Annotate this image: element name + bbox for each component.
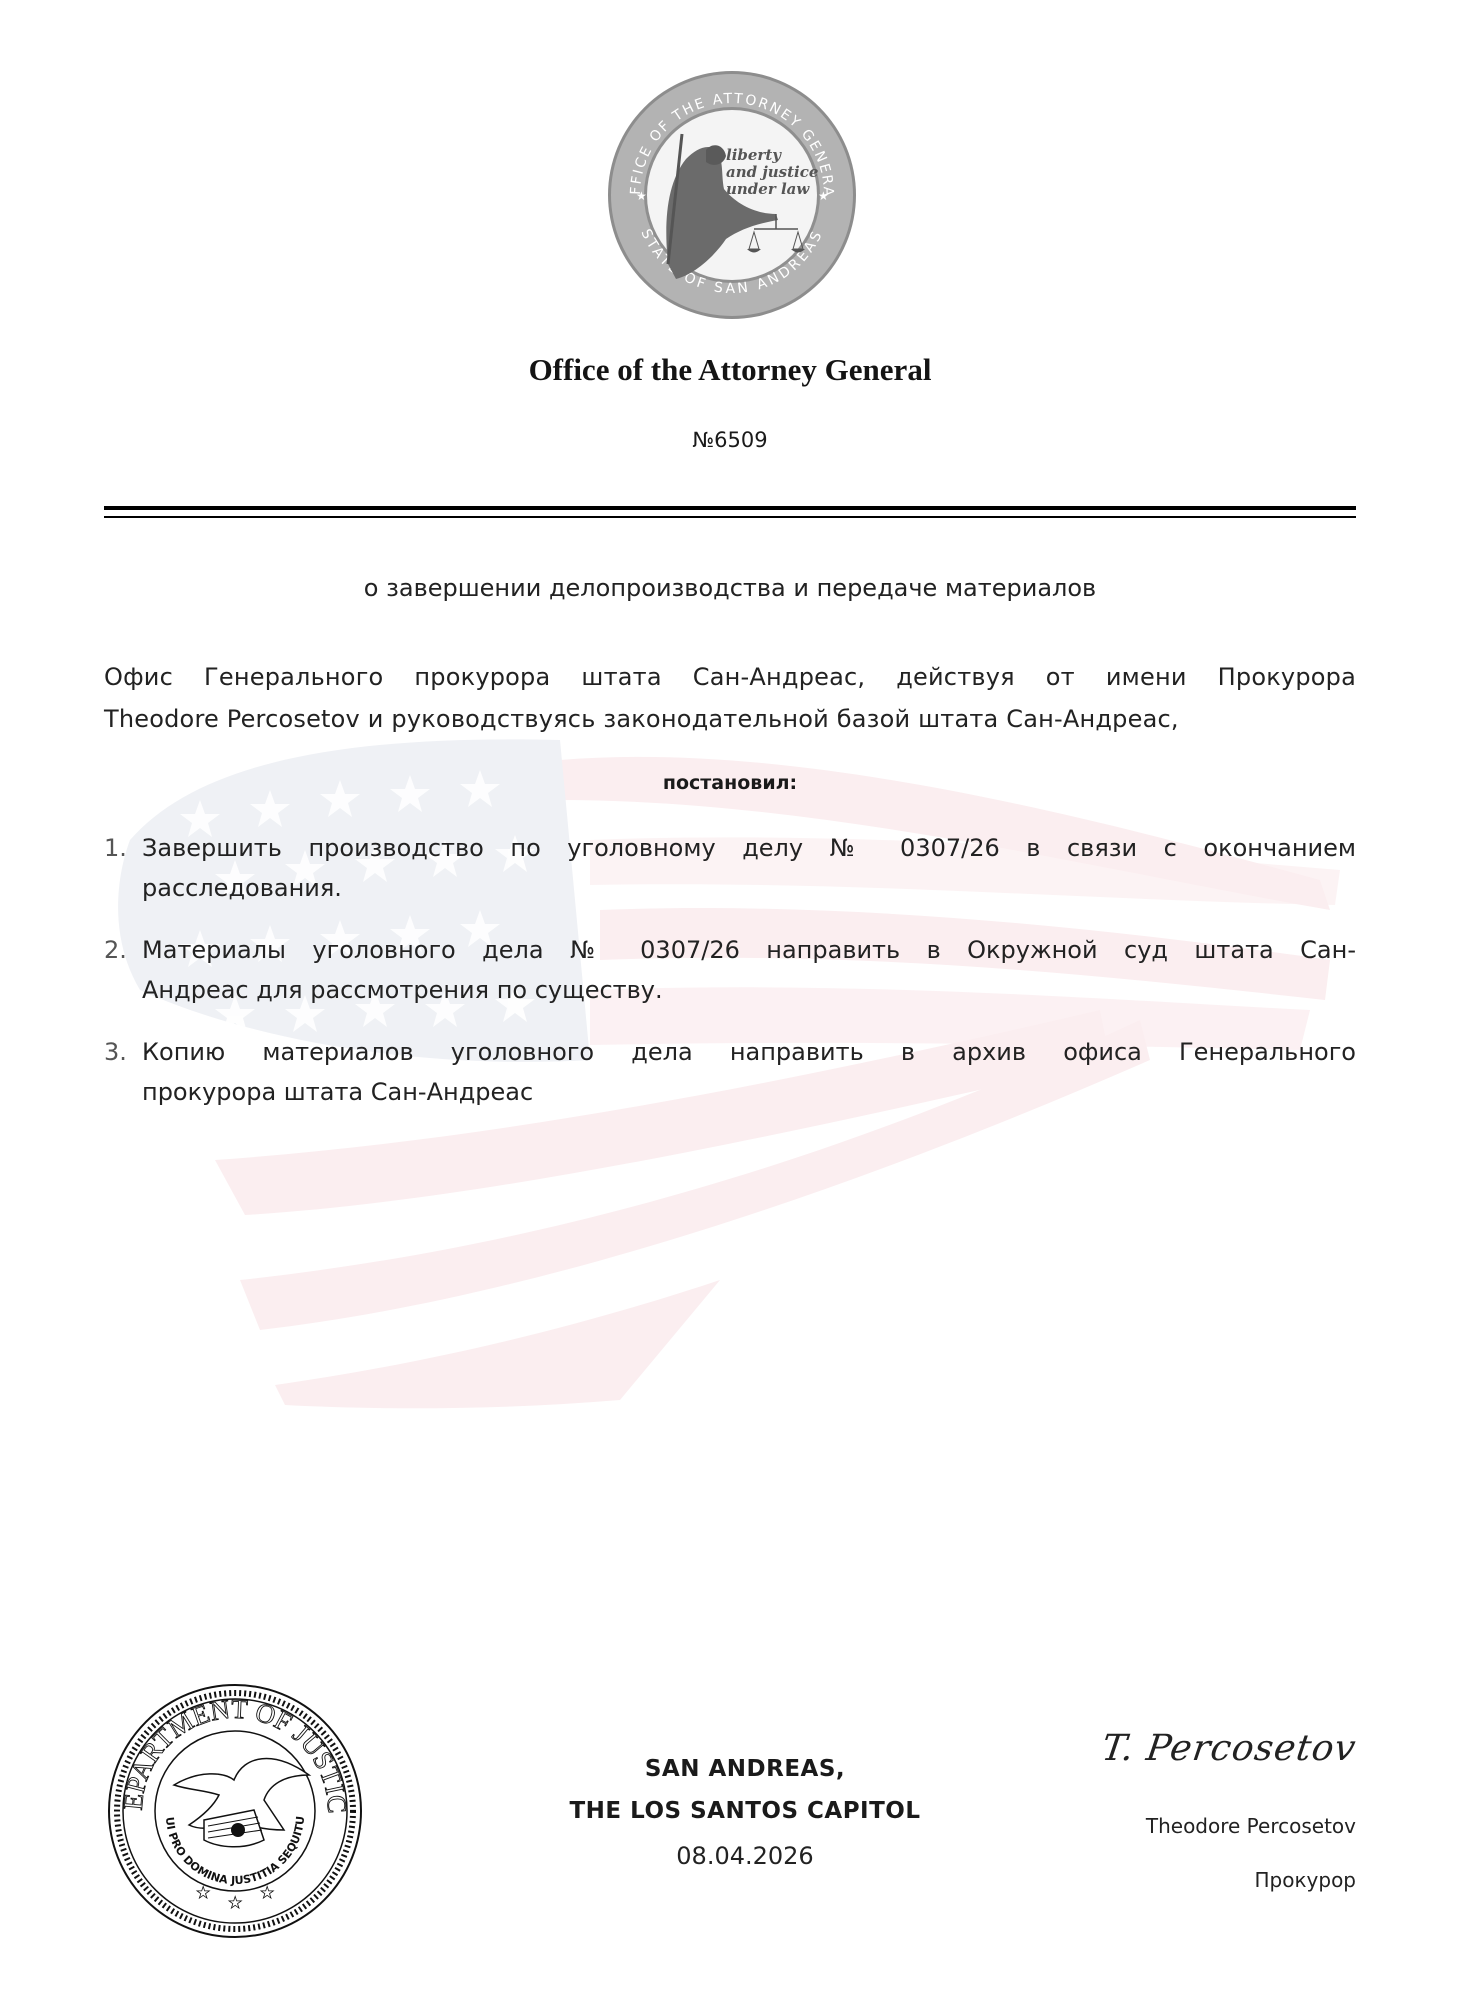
- page-title: Office of the Attorney General: [0, 352, 1460, 388]
- list-item-text: Завершить производство по уголовному дел…: [142, 828, 1356, 868]
- department-of-justice-seal-icon: DEPARTMENT OF JUSTICE QUI PRO DOMINA JUS…: [104, 1680, 366, 1942]
- list-item-number: 1.: [104, 828, 127, 868]
- list-item: 1. Завершить производство по уголовному …: [104, 828, 1356, 908]
- list-item: 2. Материалы уголовного дела № 0307/26 н…: [104, 930, 1356, 1010]
- list-item-text: Андреас для рассмотрения по существу.: [142, 970, 1356, 1010]
- location-line: SAN ANDREAS,: [545, 1748, 945, 1790]
- location-line: THE LOS SANTOS CAPITOL: [545, 1790, 945, 1832]
- svg-text:★: ★: [818, 189, 829, 203]
- signer-name: Theodore Percosetov: [1060, 1814, 1356, 1838]
- preamble-line: Офис Генерального прокурора штата Сан-Ан…: [104, 656, 1356, 698]
- list-item-number: 3.: [104, 1032, 127, 1072]
- document-subject: о завершении делопроизводства и передаче…: [0, 574, 1460, 602]
- resolved-heading: постановил:: [0, 772, 1460, 794]
- svg-text:★: ★: [196, 1883, 210, 1902]
- list-item: 3. Копию материалов уголовного дела напр…: [104, 1032, 1356, 1112]
- signer-role: Прокурор: [1060, 1868, 1356, 1892]
- preamble-paragraph: Офис Генерального прокурора штата Сан-Ан…: [104, 656, 1356, 740]
- header-divider-thin: [104, 516, 1356, 518]
- svg-text:★: ★: [636, 189, 647, 203]
- preamble-line: Theodore Percosetov и руководствуясь зак…: [104, 698, 1356, 740]
- resolution-list: 1. Завершить производство по уголовному …: [104, 828, 1356, 1134]
- list-item-text: Копию материалов уголовного дела направи…: [142, 1032, 1356, 1072]
- list-item-text: Материалы уголовного дела № 0307/26 напр…: [142, 930, 1356, 970]
- header-divider-thick: [104, 506, 1356, 510]
- list-item-text: прокурора штата Сан-Андреас: [142, 1072, 1356, 1112]
- document-date: 08.04.2026: [545, 1842, 945, 1870]
- attorney-general-seal-icon: OFFICE OF THE ATTORNEY GENERAL STATE OF …: [606, 64, 858, 326]
- location-block: SAN ANDREAS, THE LOS SANTOS CAPITOL: [545, 1748, 945, 1832]
- svg-text:★: ★: [260, 1883, 274, 1902]
- list-item-number: 2.: [104, 930, 127, 970]
- document-number: №6509: [0, 428, 1460, 452]
- svg-text:★: ★: [228, 1893, 242, 1912]
- list-item-text: расследования.: [142, 868, 1356, 908]
- handwritten-signature: T. Percosetov: [1057, 1728, 1359, 1769]
